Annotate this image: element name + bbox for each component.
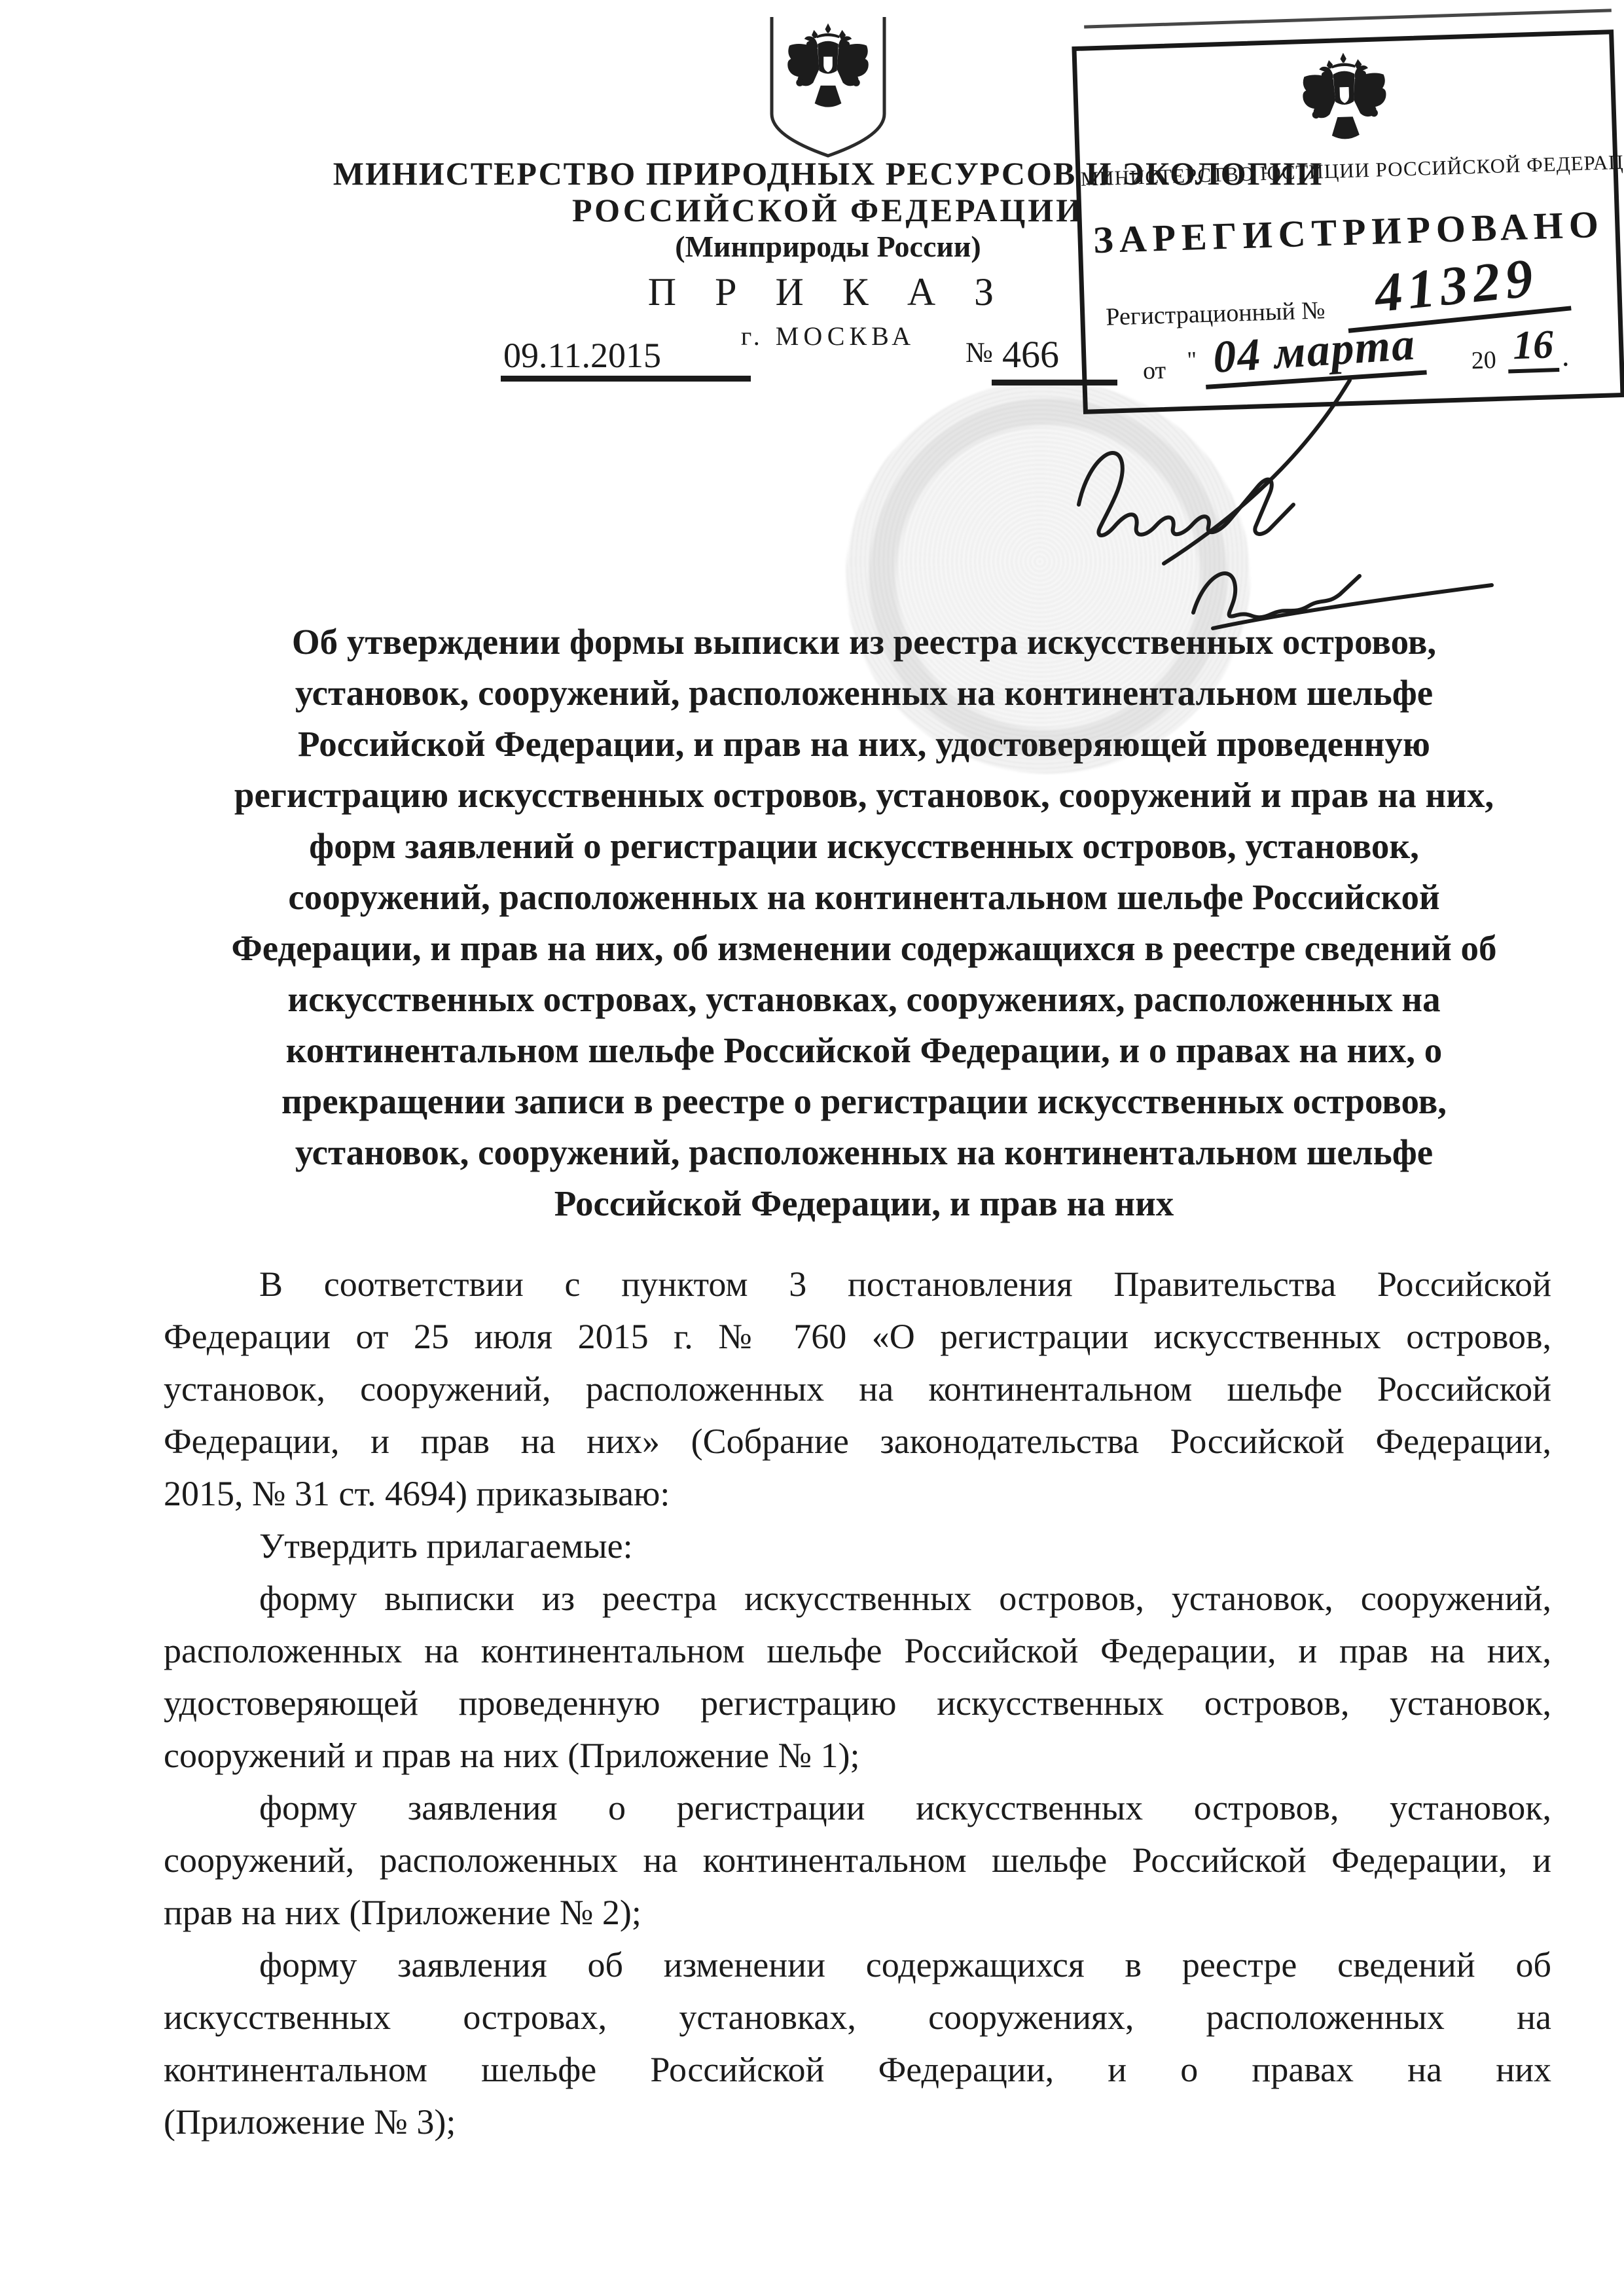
text-line: 2015, № 31 ст. 4694) приказываю: bbox=[164, 1467, 1551, 1520]
text-line: В соответствии с пунктом 3 постановления… bbox=[164, 1258, 1551, 1310]
text-line: форму заявления об изменении содержащихс… bbox=[164, 1939, 1551, 1991]
order-date: 09.11.2015 bbox=[501, 335, 751, 382]
stamp-year-printed: 20 bbox=[1471, 346, 1496, 375]
stamp-authority-name: МИНИСТЕРСТВО ЮСТИЦИИ РОССИЙСКОЙ ФЕДЕРАЦИ… bbox=[1080, 151, 1614, 191]
coat-of-arms-eagle-icon bbox=[1297, 50, 1392, 151]
text-line: Федерации, и прав на них, об изменении с… bbox=[167, 923, 1561, 974]
text-line: Утвердить прилагаемые: bbox=[164, 1520, 1551, 1572]
text-line: континентальном шельфе Российской Федера… bbox=[167, 1025, 1561, 1076]
text-line: сооружений, расположенных на континентал… bbox=[164, 1834, 1551, 1886]
text-line: форм заявлений о регистрации искусственн… bbox=[167, 821, 1561, 872]
justice-ministry-registration-stamp: МИНИСТЕРСТВО ЮСТИЦИИ РОССИЙСКОЙ ФЕДЕРАЦИ… bbox=[1072, 29, 1624, 414]
text-line: сооружений, расположенных на континентал… bbox=[167, 872, 1561, 923]
order-title: Об утверждении формы выписки из реестра … bbox=[167, 617, 1561, 1229]
text-line: искусственных островах, установках, соор… bbox=[167, 974, 1561, 1025]
paragraph-preamble: В соответствии с пунктом 3 постановления… bbox=[164, 1258, 1551, 1520]
text-line: Федерации от 25 июля 2015 г. № 760 «О ре… bbox=[164, 1310, 1551, 1363]
signature bbox=[1175, 535, 1502, 650]
text-line: искусственных островах, установках, соор… bbox=[164, 1991, 1551, 2043]
stamp-date-period: . bbox=[1561, 338, 1570, 373]
order-number: №466 bbox=[965, 332, 1059, 376]
text-line: расположенных на континентальном шельфе … bbox=[164, 1624, 1551, 1677]
number-sign: № bbox=[965, 336, 993, 368]
text-line: установок, сооружений, расположенных на … bbox=[167, 1127, 1561, 1178]
text-line: прекращении записи в реестре о регистрац… bbox=[167, 1076, 1561, 1127]
text-line: сооружений и прав на них (Приложение № 1… bbox=[164, 1729, 1551, 1782]
text-line: прав на них (Приложение № 2); bbox=[164, 1886, 1551, 1939]
text-line: континентальном шельфе Российской Федера… bbox=[164, 2043, 1551, 2096]
text-line: удостоверяющей проведенную регистрацию и… bbox=[164, 1677, 1551, 1729]
paragraph-annex-3: форму заявления об изменении содержащихс… bbox=[164, 1939, 1551, 2148]
registration-number-handwritten: 41329 bbox=[1342, 243, 1572, 333]
text-line: форму заявления о регистрации искусствен… bbox=[164, 1782, 1551, 1834]
text-line: (Приложение № 3); bbox=[164, 2096, 1551, 2148]
stamp-date-quote-mark: " bbox=[1187, 346, 1197, 373]
text-line: установок, сооружений, расположенных на … bbox=[167, 668, 1561, 719]
text-line: Федерации, и прав на них» (Собрание зако… bbox=[164, 1415, 1551, 1467]
paragraph-approve: Утвердить прилагаемые: bbox=[164, 1520, 1551, 1572]
text-line: регистрацию искусственных островов, уста… bbox=[167, 770, 1561, 821]
text-line: Российской Федерации, и прав на них, удо… bbox=[167, 719, 1561, 770]
paragraph-annex-2: форму заявления о регистрации искусствен… bbox=[164, 1782, 1551, 1939]
scanned-order-document: МИНИСТЕРСТВО ПРИРОДНЫХ РЕСУРСОВ И ЭКОЛОГ… bbox=[0, 0, 1624, 2296]
text-line: Российской Федерации, и прав на них bbox=[167, 1178, 1561, 1229]
order-number-value: 466 bbox=[993, 333, 1059, 376]
text-line: установок, сооружений, расположенных на … bbox=[164, 1363, 1551, 1415]
text-line: форму выписки из реестра искусственных о… bbox=[164, 1572, 1551, 1624]
paragraph-annex-1: форму выписки из реестра искусственных о… bbox=[164, 1572, 1551, 1782]
order-body: В соответствии с пунктом 3 постановления… bbox=[164, 1258, 1551, 2148]
stamp-year-handwritten: 16 bbox=[1507, 321, 1559, 373]
